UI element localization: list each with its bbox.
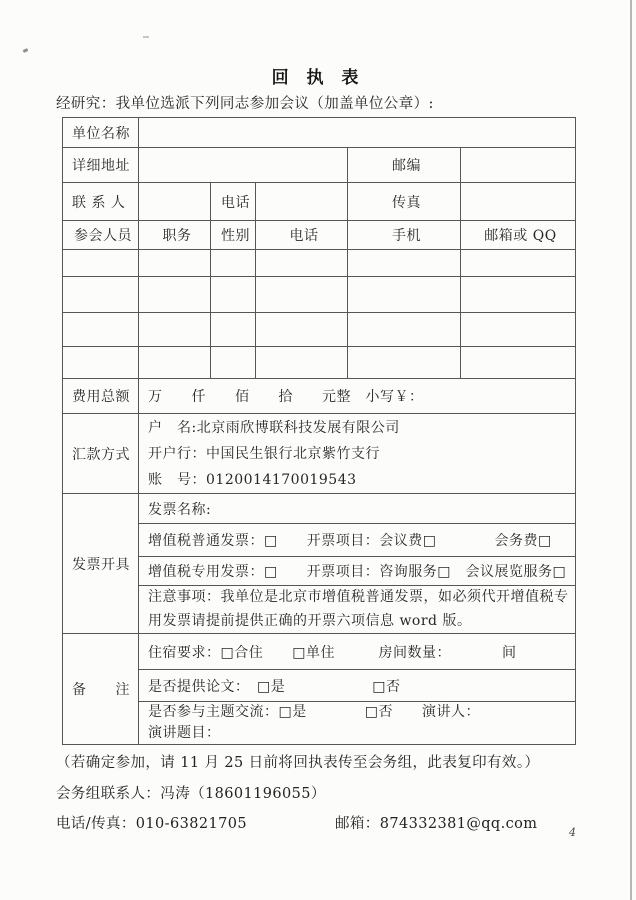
attendee-cell — [461, 347, 576, 379]
remark-lodging-cell: 住宿要求：□合住 □单住 房间数量： 间 — [139, 634, 576, 670]
remark-label: 备 注 — [63, 634, 139, 745]
unit-name-row: 单位名称 — [63, 118, 576, 148]
attendee-cell — [256, 250, 348, 277]
attendee-empty-row — [63, 347, 576, 379]
remark-paper-cell: 是否提供论文： □是 □否 — [139, 670, 576, 702]
attendee-empty-row — [63, 313, 576, 347]
attendee-cell — [348, 313, 461, 347]
fax-value-cell — [461, 183, 576, 221]
payment-bank: 开户行：中国民生银行北京紫竹支行 — [148, 441, 571, 467]
organizer-contact: 会务组联系人：冯涛（18601196055） — [56, 782, 326, 803]
fee-label: 费用总额 — [63, 379, 139, 414]
attendee-cell — [211, 347, 256, 379]
unit-name-label: 单位名称 — [63, 118, 139, 148]
attendee-cell — [139, 250, 211, 277]
invoice-general-cell: 增值税普通发票：□ 开票项目：会议费□ 会务费□ — [139, 524, 576, 557]
attendee-cell — [348, 347, 461, 379]
attendee-cell — [63, 277, 139, 313]
postcode-label: 邮编 — [348, 148, 461, 183]
scanned-reply-form-page: 回 执 表 经研究：我单位选派下列同志参加会议（加盖单位公章）: 单位名称 详细… — [0, 0, 636, 900]
invoice-note-row: 注意事项：我单位是北京市增值税普通发票，如必须代开增值税专用发票请提前提供正确的… — [63, 586, 576, 634]
payment-account-number: 账 号：0120014170019543 — [148, 467, 571, 493]
remark-exchange-row: 是否参与主题交流：□是 □否 演讲人： 演讲题目： — [63, 702, 576, 745]
fee-row: 费用总额 万 仟 佰 拾 元整 小写￥： — [63, 379, 576, 414]
fee-amount-cell: 万 仟 佰 拾 元整 小写￥： — [139, 379, 576, 414]
attendee-header-row: 参会人员 职务 性别 电话 手机 邮箱或 QQ — [63, 221, 576, 250]
attendee-cell — [348, 277, 461, 313]
invoice-special-row: 增值税专用发票：□ 开票项目：咨询服务□ 会议展览服务□ — [63, 557, 576, 586]
attendee-cell — [461, 313, 576, 347]
deadline-note: （若确定参加，请 11 月 25 日前将回执表传至会务组，此表复印有效。） — [56, 751, 539, 772]
attendee-empty-row — [63, 250, 576, 277]
page-title: 回 执 表 — [0, 63, 636, 88]
fax-label: 传真 — [348, 183, 461, 221]
attendee-header-name: 参会人员 — [63, 221, 139, 250]
organizer-phone-fax: 电话/传真：010-63821705 — [56, 812, 247, 833]
reply-form-table: 单位名称 详细地址 邮编 联 系 人 电话 传真 参会人员 职务 性别 电话 手… — [62, 117, 576, 745]
attendee-header-gender: 性别 — [211, 221, 256, 250]
attendee-cell — [256, 347, 348, 379]
invoice-note-cell: 注意事项：我单位是北京市增值税普通发票，如必须代开增值税专用发票请提前提供正确的… — [139, 586, 576, 634]
contact-phone-label: 电话 — [211, 183, 256, 221]
contact-value-cell — [139, 183, 211, 221]
attendee-cell — [139, 313, 211, 347]
attendee-header-mobile: 手机 — [348, 221, 461, 250]
attendee-empty-row — [63, 277, 576, 313]
invoice-general-row: 增值税普通发票：□ 开票项目：会议费□ 会务费□ — [63, 524, 576, 557]
remark-speech-title-line: 演讲题目： — [148, 723, 571, 744]
attendee-cell — [139, 347, 211, 379]
address-value-cell — [139, 148, 348, 183]
attendee-cell — [256, 277, 348, 313]
attendee-cell — [211, 250, 256, 277]
attendee-cell — [211, 313, 256, 347]
payment-account-name: 户 名:北京雨欣博联科技发展有限公司 — [148, 415, 571, 441]
invoice-name-row: 发票开具 发票名称: — [63, 494, 576, 524]
organizer-email: 邮箱：874332381@qq.com — [335, 812, 537, 833]
remark-exchange-cell: 是否参与主题交流：□是 □否 演讲人： 演讲题目： — [139, 702, 576, 745]
contact-label: 联 系 人 — [63, 183, 139, 221]
attendee-cell — [139, 277, 211, 313]
scan-speck — [143, 36, 149, 38]
attendee-cell — [63, 313, 139, 347]
payment-label: 汇款方式 — [63, 414, 139, 494]
payment-row: 汇款方式 户 名:北京雨欣博联科技发展有限公司 开户行：中国民生银行北京紫竹支行… — [63, 414, 576, 494]
attendee-header-phone: 电话 — [256, 221, 348, 250]
attendee-cell — [63, 347, 139, 379]
attendee-cell — [63, 250, 139, 277]
scan-edge-line — [630, 0, 632, 900]
attendee-cell — [461, 250, 576, 277]
remark-lodging-row: 备 注 住宿要求：□合住 □单住 房间数量： 间 — [63, 634, 576, 670]
page-number: 4 — [569, 826, 576, 839]
attendee-cell — [256, 313, 348, 347]
invoice-name-cell: 发票名称: — [139, 494, 576, 524]
attendee-cell — [348, 250, 461, 277]
scan-speck — [23, 48, 29, 53]
attendee-cell — [461, 277, 576, 313]
address-label: 详细地址 — [63, 148, 139, 183]
remark-paper-row: 是否提供论文： □是 □否 — [63, 670, 576, 702]
invoice-label: 发票开具 — [63, 494, 139, 634]
contact-row: 联 系 人 电话 传真 — [63, 183, 576, 221]
attendee-header-email: 邮箱或 QQ — [461, 221, 576, 250]
attendee-header-position: 职务 — [139, 221, 211, 250]
postcode-value-cell — [461, 148, 576, 183]
invoice-special-cell: 增值税专用发票：□ 开票项目：咨询服务□ 会议展览服务□ — [139, 557, 576, 586]
address-row: 详细地址 邮编 — [63, 148, 576, 183]
payment-details-cell: 户 名:北京雨欣博联科技发展有限公司 开户行：中国民生银行北京紫竹支行 账 号：… — [139, 414, 576, 494]
remark-exchange-line: 是否参与主题交流：□是 □否 演讲人： — [148, 702, 571, 723]
attendee-cell — [211, 277, 256, 313]
intro-sentence: 经研究：我单位选派下列同志参加会议（加盖单位公章）: — [56, 92, 434, 113]
unit-name-value-cell — [139, 118, 576, 148]
contact-phone-value-cell — [256, 183, 348, 221]
